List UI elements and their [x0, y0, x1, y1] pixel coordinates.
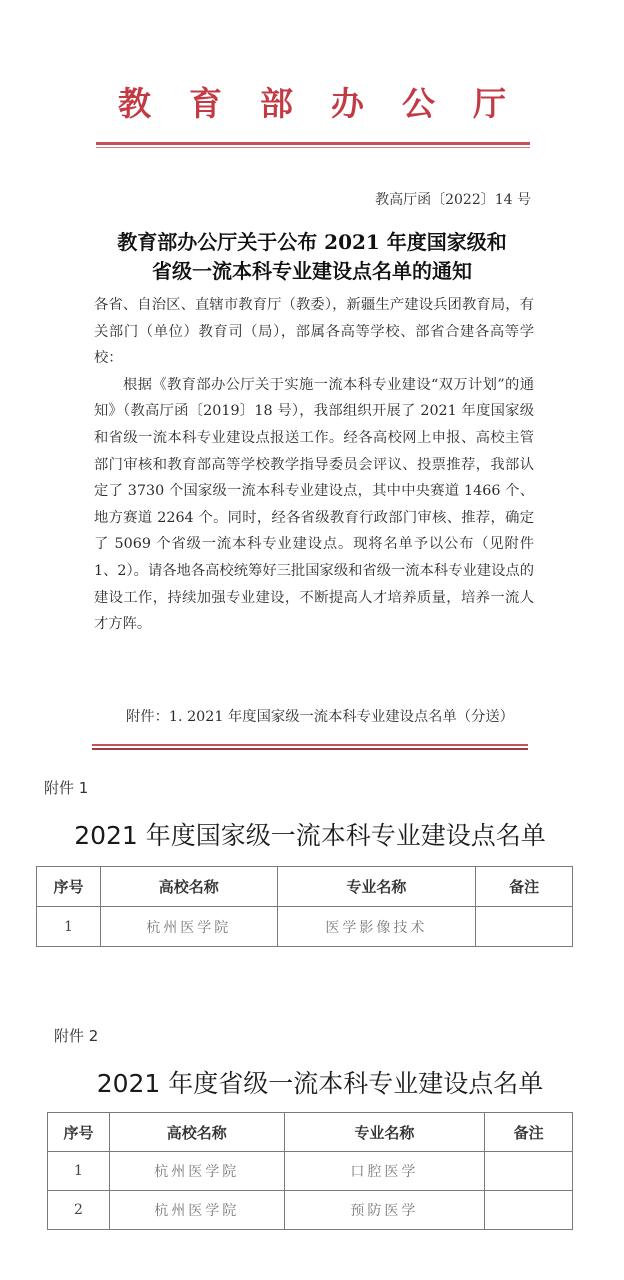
annex1-title: 2021 年度国家级一流本科专业建设点名单 [30, 820, 590, 852]
attachment-note: 附件：1. 2021 年度国家级一流本科专业建设点名单（分送） [126, 707, 514, 727]
red-rule-bottom-dark [92, 748, 528, 750]
document-body: 各省、自治区、直辖市教育厅（教委），新疆生产建设兵团教育局，有关部门（单位）教育… [94, 292, 534, 638]
annex2-table: 序号 高校名称 专业名称 备注 1 杭州医学院 口腔医学 2 杭州医学院 预防医… [47, 1112, 573, 1230]
addressees: 各省、自治区、直辖市教育厅（教委），新疆生产建设兵团教育局，有关部门（单位）教育… [94, 292, 534, 372]
document-title: 教育部办公厅关于公布 2021 年度国家级和 省级一流本科专业建设点名单的通知 [60, 228, 564, 286]
annex2-label: 附件 2 [54, 1026, 98, 1046]
cell-number: 2 [48, 1191, 110, 1230]
cell-major: 口腔医学 [284, 1152, 485, 1191]
title-line-2: 省级一流本科专业建设点名单的通知 [60, 257, 564, 286]
col-header-number: 序号 [37, 867, 101, 907]
cell-major: 预防医学 [284, 1191, 485, 1230]
annex1-label: 附件 1 [44, 778, 88, 798]
cell-number: 1 [48, 1152, 110, 1191]
cell-number: 1 [37, 907, 101, 947]
table-row: 1 杭州医学院 口腔医学 [48, 1152, 573, 1191]
col-header-note: 备注 [485, 1113, 573, 1152]
cell-note [485, 1191, 573, 1230]
document-number: 教高厅函〔2022〕14 号 [375, 191, 531, 209]
red-rule-top-thin [96, 147, 530, 148]
table-row: 1 杭州医学院 医学影像技术 [37, 907, 573, 947]
body-paragraph: 根据《教育部办公厅关于实施一流本科专业建设“双万计划”的通知》（教高厅函〔201… [94, 372, 534, 638]
col-header-number: 序号 [48, 1113, 110, 1152]
col-header-school: 高校名称 [109, 1113, 284, 1152]
cell-note [476, 907, 573, 947]
col-header-major: 专业名称 [284, 1113, 485, 1152]
cell-school: 杭州医学院 [100, 907, 277, 947]
title-line-1: 教育部办公厅关于公布 2021 年度国家级和 [60, 228, 564, 257]
cell-note [485, 1152, 573, 1191]
table-header-row: 序号 高校名称 专业名称 备注 [37, 867, 573, 907]
cell-major: 医学影像技术 [277, 907, 476, 947]
issuer-masthead: 教育部办公厅 [0, 82, 624, 126]
cell-school: 杭州医学院 [109, 1191, 284, 1230]
annex1-table: 序号 高校名称 专业名称 备注 1 杭州医学院 医学影像技术 [36, 866, 573, 947]
table-row: 2 杭州医学院 预防医学 [48, 1191, 573, 1230]
col-header-school: 高校名称 [100, 867, 277, 907]
table-header-row: 序号 高校名称 专业名称 备注 [48, 1113, 573, 1152]
col-header-note: 备注 [476, 867, 573, 907]
col-header-major: 专业名称 [277, 867, 476, 907]
cell-school: 杭州医学院 [109, 1152, 284, 1191]
red-rule-top [96, 142, 530, 145]
annex2-title: 2021 年度省级一流本科专业建设点名单 [30, 1068, 610, 1100]
red-rule-bottom [92, 744, 528, 746]
